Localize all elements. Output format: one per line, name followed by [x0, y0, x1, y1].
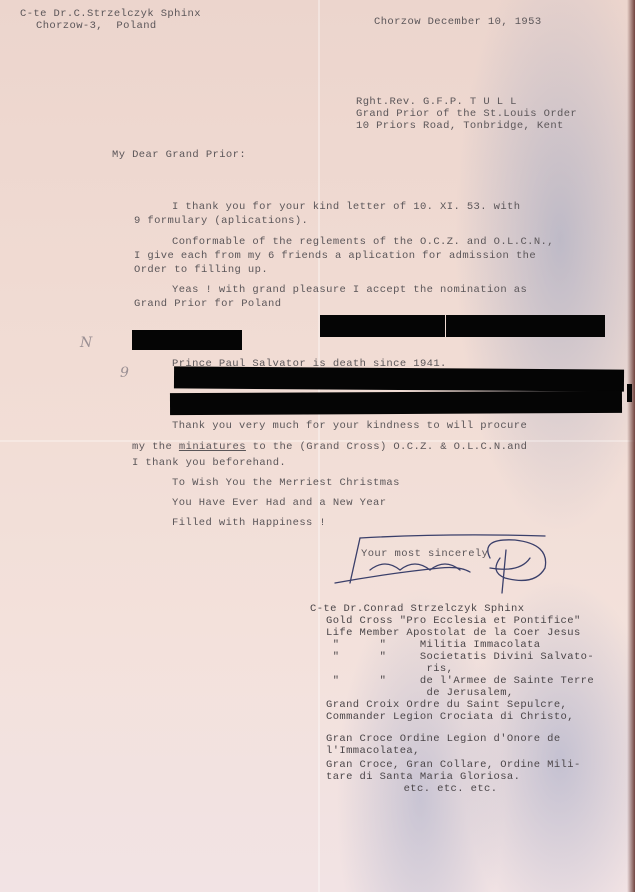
body-line: Yeas ! with grand pleasure I accept the … — [172, 284, 527, 296]
text-span: to the (Grand Cross) O.C.Z. & O.L.C.N.an… — [246, 441, 527, 453]
sender-line-1: C-te Dr.C.Strzelczyk Sphinx — [20, 8, 201, 20]
title-line: Life Member Apostolat de la Coer Jesus — [326, 627, 581, 639]
recipient-line-1: Rght.Rev. G.F.P. T U L L — [356, 96, 517, 108]
redaction-bar — [446, 315, 605, 337]
greeting-line: You Have Ever Had and a New Year — [172, 497, 386, 509]
title-line: l'Immacolatea, — [326, 745, 420, 757]
title-line: " " Societatis Divini Salvato- — [326, 651, 594, 663]
body-line: Order to filling up. — [134, 264, 268, 276]
body-line: Thank you very much for your kindness to… — [172, 420, 527, 432]
table-edge — [627, 0, 635, 892]
text-span: my the — [132, 441, 179, 453]
body-line: Grand Prior for Poland — [134, 298, 281, 310]
greeting-line: Filled with Happiness ! — [172, 517, 326, 529]
sender-line-2: Chorzow-3, Poland — [36, 20, 157, 32]
body-line: I thank you for your kind letter of 10. … — [172, 201, 520, 213]
body-line: 9 formulary (aplications). — [134, 215, 308, 227]
handwritten-signature — [330, 528, 560, 598]
redaction-bar — [320, 315, 445, 337]
title-line: de Jerusalem, — [326, 687, 514, 699]
body-line: Conformable of the reglements of the O.C… — [172, 236, 554, 248]
salutation: My Dear Grand Prior: — [112, 149, 246, 161]
title-line: etc. etc. etc. — [350, 783, 497, 795]
title-line: " " Militia Immacolata — [326, 639, 540, 651]
body-line: I thank you beforehand. — [132, 457, 286, 469]
title-line: " " de l'Armee de Sainte Terre — [326, 675, 594, 687]
title-line: ris, — [326, 663, 453, 675]
margin-note: 9 — [120, 365, 129, 381]
body-line: my the miniatures to the (Grand Cross) O… — [132, 441, 527, 453]
greeting-line: To Wish You the Merriest Christmas — [172, 477, 400, 489]
margin-note: N — [80, 335, 92, 351]
title-line: tare di Santa Maria Gloriosa. — [326, 771, 520, 783]
title-line: C-te Dr.Conrad Strzelczyk Sphinx — [310, 603, 524, 615]
redaction-mark — [627, 384, 632, 402]
redaction-bar — [174, 366, 624, 391]
recipient-line-2: Grand Prior of the St.Louis Order — [356, 108, 577, 120]
title-line: Grand Croix Ordre du Saint Sepulcre, — [326, 699, 567, 711]
underlined-word: miniatures — [179, 441, 246, 453]
title-line: Gold Cross "Pro Ecclesia et Pontifice" — [326, 615, 581, 627]
title-line: Gran Croce, Gran Collare, Ordine Mili- — [326, 759, 581, 771]
redaction-bar — [170, 391, 622, 415]
title-line: Commander Legion Crociata di Christo, — [326, 711, 574, 723]
redaction-bar — [132, 330, 242, 350]
title-line: Gran Croce Ordine Legion d'Onore de — [326, 733, 561, 745]
dateline: Chorzow December 10, 1953 — [374, 16, 542, 28]
body-line: I give each from my 6 friends a aplicati… — [134, 250, 536, 262]
recipient-line-3: 10 Priors Road, Tonbridge, Kent — [356, 120, 564, 132]
